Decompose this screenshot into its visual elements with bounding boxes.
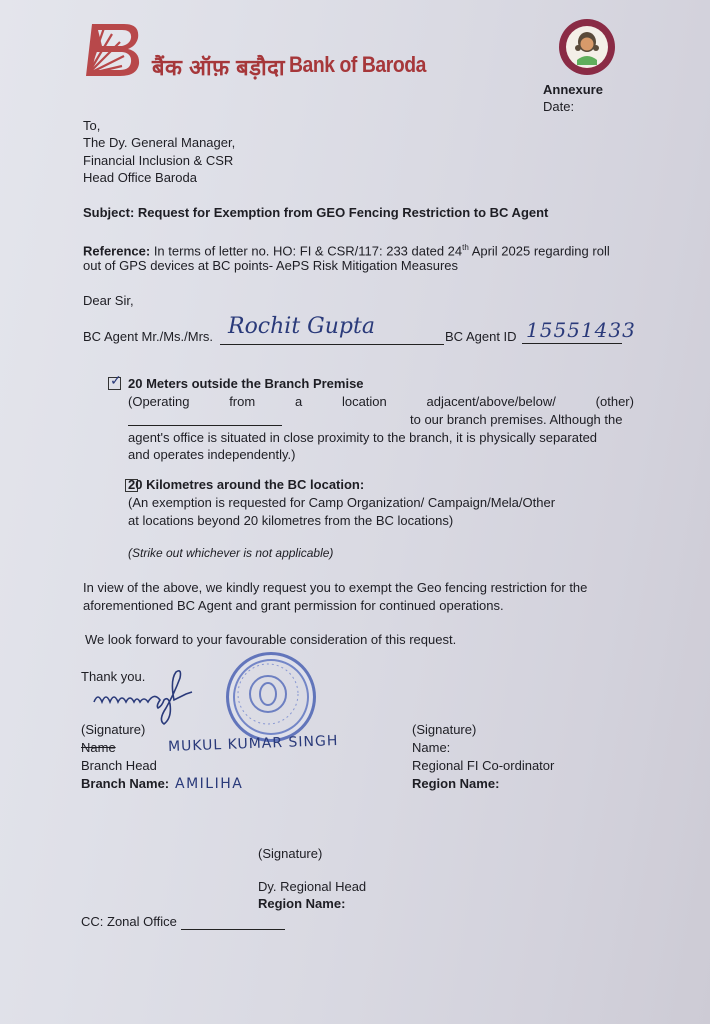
address-line-1: The Dy. General Manager,	[83, 134, 235, 152]
agent-id-label: BC Agent ID	[445, 328, 517, 346]
bank-of-baroda-logo-icon	[84, 22, 142, 78]
option-meters-line-2: to our branch premises. Although the	[410, 411, 622, 429]
regional-fi-region-label: Region Name:	[412, 775, 499, 793]
branch-name-value: AMILIHA	[175, 776, 243, 792]
agent-name-field[interactable]: Rochit Gupta	[220, 312, 444, 345]
agent-name-value: Rochit Gupta	[228, 314, 375, 339]
word: from	[229, 393, 255, 411]
cc-zonal-office-label: CC: Zonal Office	[81, 913, 177, 931]
body-para-1-line-2: aforementioned BC Agent and grant permis…	[83, 597, 504, 615]
regional-fi-name-label: Name:	[412, 739, 450, 757]
option-kilometres-title: 20 Kilometres around the BC location:	[128, 476, 364, 494]
word: a	[295, 393, 302, 411]
agent-id-value: 15551433	[526, 318, 636, 342]
option-meters-title: 20 Meters outside the Branch Premise	[128, 375, 364, 393]
other-location-blank[interactable]	[128, 425, 282, 426]
branch-head-designation: Branch Head	[81, 757, 157, 775]
agent-name-label: BC Agent Mr./Ms./Mrs.	[83, 328, 213, 346]
dy-regional-head-designation: Dy. Regional Head	[258, 878, 366, 896]
reference-line-2: out of GPS devices at BC points- AePS Ri…	[83, 257, 458, 275]
greeting: Dear Sir,	[83, 292, 134, 310]
agent-id-field[interactable]: 15551433	[522, 316, 622, 344]
body-para-2: We look forward to your favourable consi…	[85, 631, 456, 649]
option-meters-line-1: (Operating from a location adjacent/abov…	[128, 393, 634, 411]
regional-fi-signature-label: (Signature)	[412, 721, 476, 739]
checkmark-icon: ✓	[110, 372, 122, 389]
option-meters-line-4: and operates independently.)	[128, 446, 295, 464]
reference-sup: th	[462, 243, 469, 252]
branch-head-name-value: MUKUL KUMAR SINGH	[168, 733, 339, 755]
date-label: Date:	[543, 98, 574, 116]
branch-head-name-label: Name	[81, 739, 116, 757]
location-options: adjacent/above/below/	[427, 393, 556, 411]
body-para-1-line-1: In view of the above, we kindly request …	[83, 579, 587, 597]
dy-regional-head-region-label: Region Name:	[258, 895, 345, 913]
annexure-label: Annexure	[543, 81, 603, 99]
branch-seal-stamp-icon	[226, 652, 316, 742]
option-meters-checkbox[interactable]: ✓	[108, 377, 121, 390]
word: location	[342, 393, 387, 411]
strike-note: (Strike out whichever is not applicable)	[128, 544, 333, 562]
option-meters-line-3: agent's office is situated in close prox…	[128, 429, 597, 447]
address-to: To,	[83, 117, 100, 135]
branch-head-signature-label: (Signature)	[81, 721, 145, 739]
regional-fi-designation: Regional FI Co-ordinator	[412, 757, 554, 775]
option-kilometres-line-2: at locations beyond 20 kilometres from t…	[128, 512, 453, 530]
word: (other)	[596, 393, 634, 411]
letter-page: बैंक ऑफ़ बड़ौदा Bank of Baroda Annexure …	[0, 0, 710, 1024]
cc-zonal-office-blank[interactable]	[181, 929, 285, 930]
address-line-2: Financial Inclusion & CSR	[83, 152, 233, 170]
dy-regional-head-signature-label: (Signature)	[258, 845, 322, 863]
branch-name-label: Branch Name:	[81, 775, 169, 793]
girl-reading-book-emblem-icon	[558, 18, 616, 76]
bank-name-hindi: बैंक ऑफ़ बड़ौदा	[152, 52, 285, 82]
subject-line: Subject: Request for Exemption from GEO …	[83, 204, 548, 222]
reference-text-1b: April 2025 regarding roll	[469, 243, 610, 258]
address-line-3: Head Office Baroda	[83, 169, 197, 187]
bank-name-english: Bank of Baroda	[289, 52, 426, 78]
option-kilometres-line-1: (An exemption is requested for Camp Orga…	[128, 494, 555, 512]
word: (Operating	[128, 393, 189, 411]
